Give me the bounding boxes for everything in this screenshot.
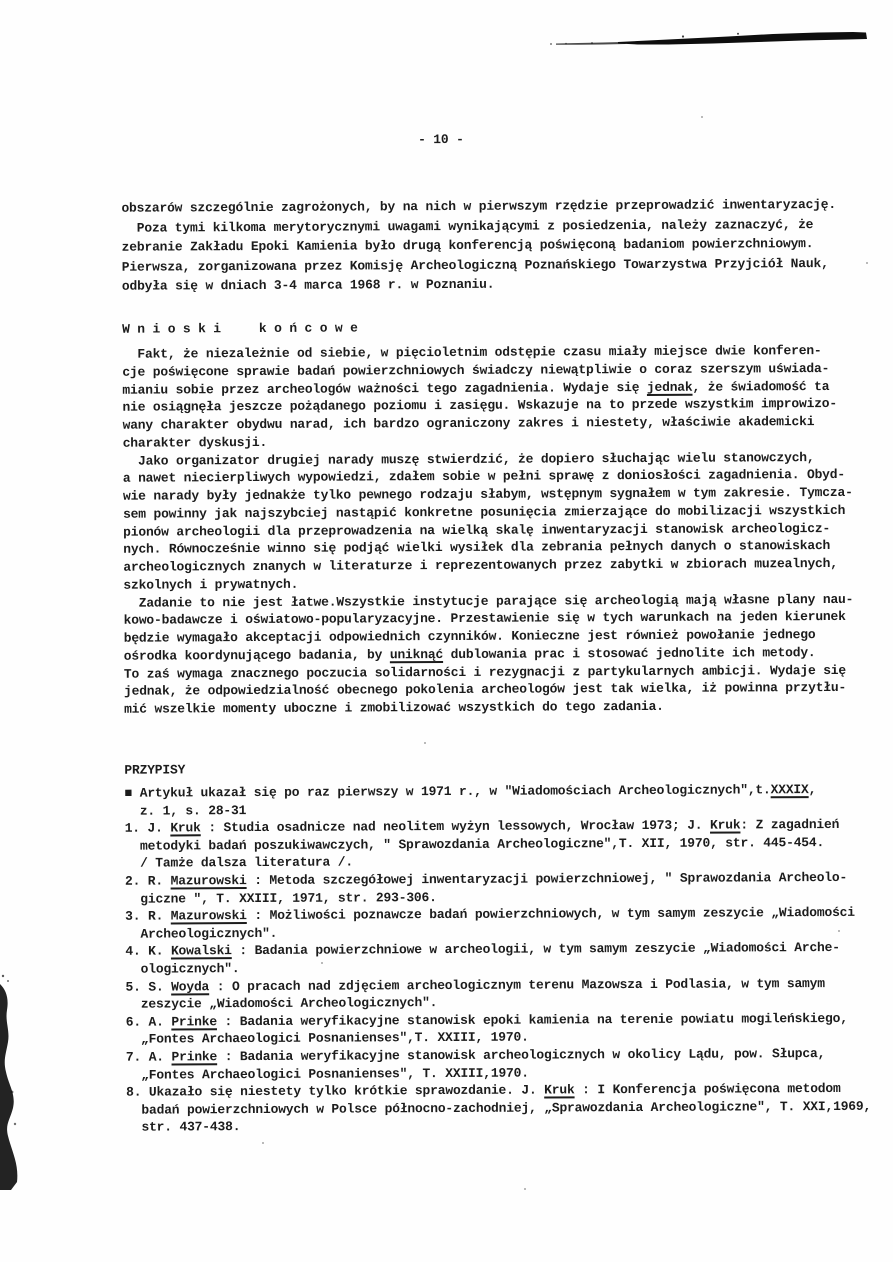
scanned-document-page: - 10 - obszarów szczególnie zagrożonych,… — [0, 0, 893, 1262]
footnote-item: 3. R. Mazurowski : Możliwości poznawcze … — [125, 904, 870, 943]
footnote-item: 8. Ukazało się niestety tylko krótkie sp… — [126, 1080, 871, 1137]
footnote-item: ■ Artykuł ukazał się po raz pierwszy w 1… — [124, 781, 869, 820]
conclusions-heading: W n i o s k i k o ń c o w e — [122, 319, 358, 338]
page-number: - 10 - — [418, 131, 464, 149]
conclusions-paragraphs: Fakt, że niezależnie od siebie, w pięcio… — [122, 342, 854, 719]
footnote-item: 2. R. Mazurowski : Metoda szczegółowej i… — [125, 869, 870, 908]
footnotes-list: ■ Artykuł ukazał się po raz pierwszy w 1… — [124, 781, 871, 1137]
footnote-item: 1. J. Kruk : Studia osadnicze nad neolit… — [125, 816, 870, 873]
footnote-item: 4. K. Kowalski : Badania powierzchniowe … — [125, 939, 870, 978]
footnotes-heading: PRZYPISY — [124, 761, 185, 779]
intro-paragraph: obszarów szczególnie zagrożonych, by na … — [121, 195, 836, 296]
footnote-item: 6. A. Prinke : Badania weryfikacyjne sta… — [126, 1010, 871, 1049]
footnote-item: 7. A. Prinke : Badania weryfikacyjne sta… — [126, 1045, 871, 1084]
footnote-item: 5. S. Woyda : O pracach nad zdjęciem arc… — [125, 974, 870, 1013]
